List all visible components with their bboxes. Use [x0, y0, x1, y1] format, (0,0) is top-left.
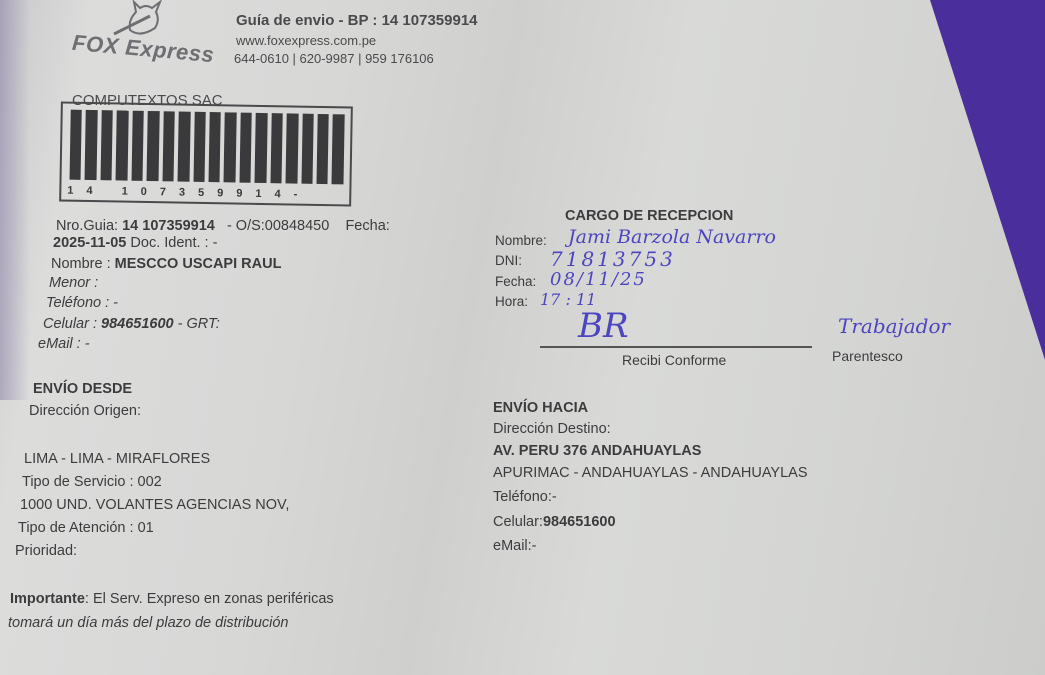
doc-ident: Doc. Ident. : -: [130, 235, 217, 251]
barcode-digits: 14 107359914-: [67, 185, 343, 202]
origen-ubicacion: LIMA - LIMA - MIRAFLORES: [24, 451, 210, 467]
cargo-dni-label: DNI:: [495, 253, 522, 268]
cargo-dni-value[interactable]: 71813753: [550, 247, 676, 271]
parentesco-label: Parentesco: [832, 348, 903, 364]
celular-value: 984651600: [101, 316, 174, 332]
envio-desde-title: ENVÍO DESDE: [33, 381, 132, 397]
destino-ubicacion: APURIMAC - ANDAHUAYLAS - ANDAHUAYLAS: [493, 465, 808, 481]
envio-hacia-title: ENVÍO HACIA: [493, 400, 588, 416]
destino-celular-label: Celular:: [493, 514, 543, 530]
signature-line: [540, 346, 812, 348]
nombre-value: MESCCO USCAPI RAUL: [115, 256, 282, 272]
guide-title: Guía de envio - BP : 14 107359914: [236, 12, 478, 29]
nota-importante: Importante: El Serv. Expreso en zonas pe…: [10, 591, 334, 607]
cargo-nombre-label: Nombre:: [495, 233, 547, 248]
grt: - GRT:: [178, 316, 220, 332]
email: eMail : -: [38, 336, 90, 352]
fecha-label: Fecha:: [345, 218, 389, 234]
nombre-label: Nombre :: [51, 256, 111, 272]
nota-line2: tomará un día más del plazo de distribuc…: [8, 615, 289, 631]
guide-number-row: Nro.Guia: 14 107359914 - O/S:00848450 Fe…: [56, 218, 390, 234]
cargo-title: CARGO DE RECEPCION: [565, 208, 733, 224]
contact-phones: 644-0610 | 620-9987 | 959 176106: [234, 51, 434, 66]
cargo-nombre-value[interactable]: Jami Barzola Navarro: [568, 226, 776, 248]
cargo-fecha-label: Fecha:: [495, 274, 536, 289]
celular-row: Celular : 984651600 - GRT:: [43, 316, 220, 332]
nro-guia-label: Nro.Guia:: [56, 218, 118, 234]
barcode: 14 107359914-: [59, 101, 353, 206]
nota-label: Importante: [10, 591, 85, 607]
recibi-conforme-label: Recibi Conforme: [622, 352, 726, 368]
nota-line1: : El Serv. Expreso en zonas periféricas: [85, 591, 334, 607]
paper-shadow: [0, 0, 30, 400]
celular-label: Celular :: [43, 316, 97, 332]
destino-celular-row: Celular:984651600: [493, 514, 616, 530]
cargo-hora-label: Hora:: [495, 294, 528, 309]
destino-telefono: Teléfono:-: [493, 489, 557, 505]
date-row: 2025-11-05 Doc. Ident. : -: [53, 235, 217, 251]
nro-guia-value: 14 107359914: [122, 218, 215, 234]
destino-celular-value: 984651600: [543, 514, 616, 530]
tipo-servicio: Tipo de Servicio : 002: [22, 474, 162, 490]
os-number: - O/S:00848450: [227, 218, 329, 234]
barcode-bars: [70, 110, 345, 185]
tipo-atencion: Tipo de Atención : 01: [18, 520, 154, 536]
direccion-origen-label: Dirección Origen:: [29, 403, 141, 419]
cargo-fecha-value[interactable]: 08/11/25: [550, 269, 647, 290]
fecha-value: 2025-11-05: [53, 235, 126, 251]
prioridad: Prioridad:: [15, 543, 77, 559]
parentesco-value[interactable]: Trabajador: [838, 314, 950, 338]
signature[interactable]: BR: [578, 306, 629, 346]
contenido: 1000 UND. VOLANTES AGENCIAS NOV,: [20, 497, 289, 513]
direccion-destino: AV. PERU 376 ANDAHUAYLAS: [493, 443, 701, 459]
telefono: Teléfono : -: [46, 295, 118, 311]
destino-email: eMail:-: [493, 538, 537, 554]
menor: Menor :: [49, 275, 98, 291]
direccion-destino-label: Dirección Destino:: [493, 421, 611, 437]
website-link[interactable]: www.foxexpress.com.pe: [236, 33, 376, 48]
nombre-row: Nombre : MESCCO USCAPI RAUL: [51, 256, 281, 272]
